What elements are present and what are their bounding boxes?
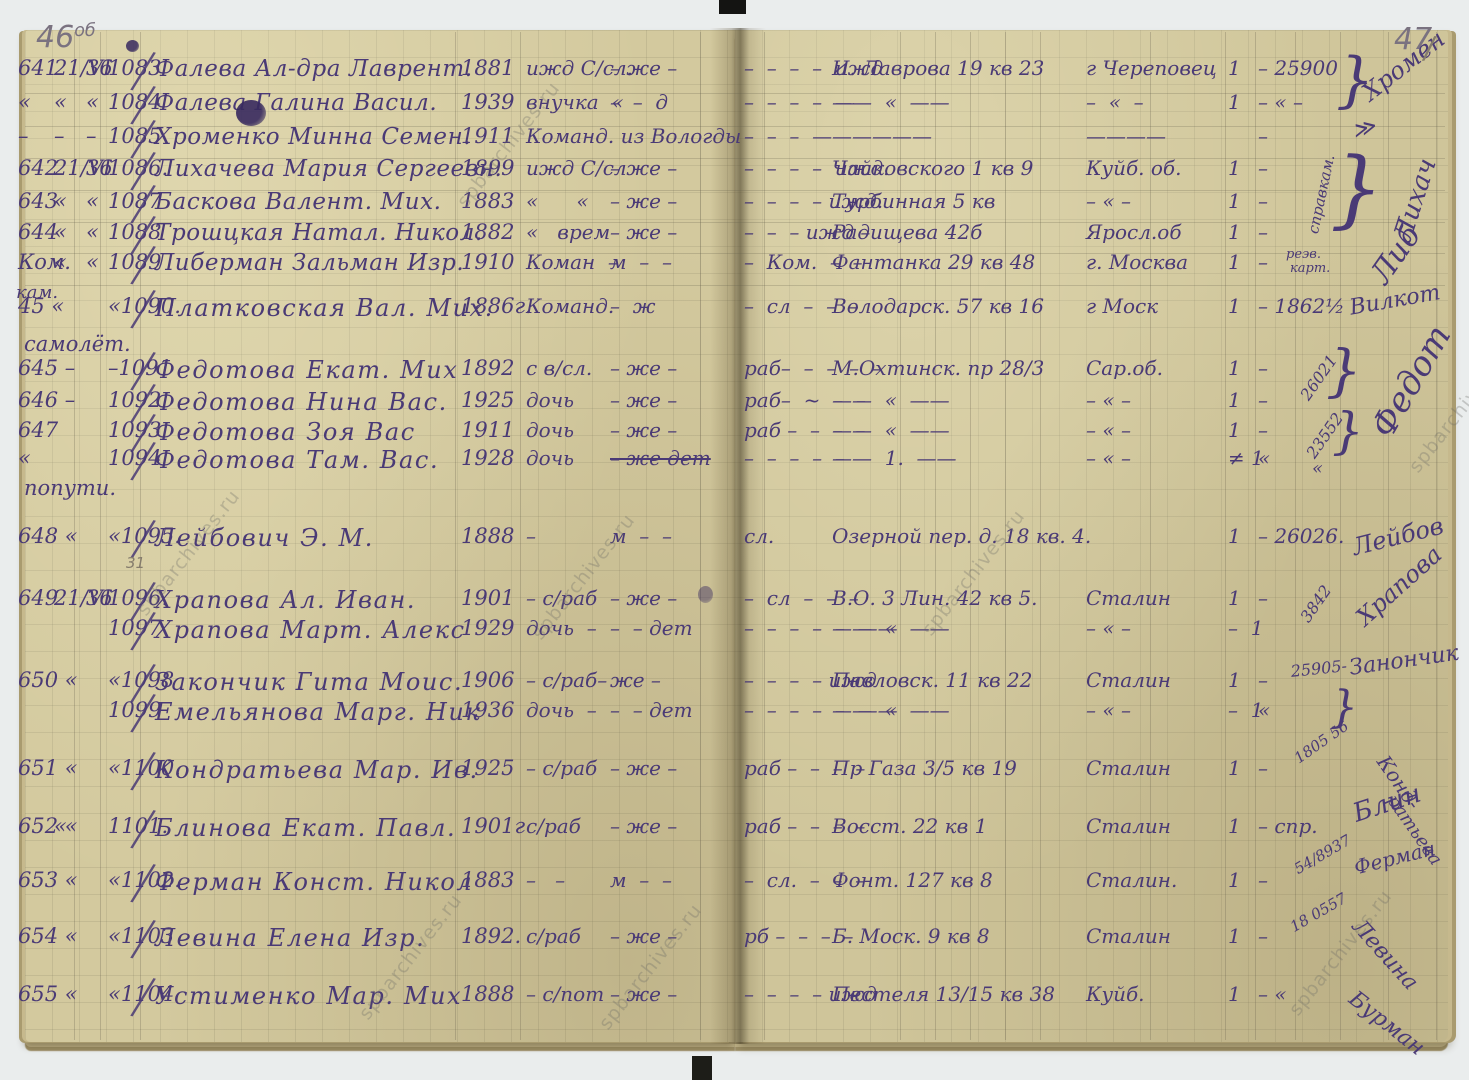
column-rule <box>520 32 521 1040</box>
column-rule <box>1040 32 1041 1040</box>
column-rule <box>1225 32 1226 1040</box>
left-margin-note: кам. <box>16 284 58 302</box>
margin-note: } <box>1332 406 1364 456</box>
left-margin-note: попути. <box>24 478 116 499</box>
column-rule <box>935 32 936 1040</box>
row-rule <box>25 190 1445 191</box>
pencil-stroke: ∕ <box>1424 34 1434 64</box>
row-rule <box>25 93 1445 94</box>
left-margin-note: самолёт. <box>24 334 131 355</box>
ink-blot <box>698 586 713 603</box>
column-rule <box>1295 32 1296 1040</box>
ink-blot <box>126 40 139 52</box>
margin-note: реэв. <box>1286 248 1321 261</box>
margin-note: } <box>1330 146 1383 230</box>
row-rule <box>25 222 1445 223</box>
binding-tab-top <box>719 0 746 14</box>
column-rule <box>1005 32 1006 1040</box>
scanned-ledger-spread: 46об 47 ∕64121/VI361083Фалева Ал-дра Лав… <box>0 0 1469 1080</box>
row-rule <box>25 253 1445 254</box>
binding-tab-bottom <box>692 1056 712 1080</box>
margin-note: « <box>1312 460 1323 478</box>
column-rule <box>100 32 101 1040</box>
column-rule <box>455 32 456 1040</box>
column-rule <box>970 32 971 1040</box>
margin-note: } <box>1326 344 1362 400</box>
row-rule <box>25 285 1445 286</box>
row-rule <box>25 126 1445 127</box>
page-number-left: 46об <box>36 20 96 55</box>
column-rule <box>1255 32 1256 1040</box>
ink-blot <box>236 100 266 126</box>
column-rule <box>140 32 141 1040</box>
page-left <box>25 30 735 1042</box>
column-rule <box>900 32 901 1040</box>
page-number-left-value: 46 <box>36 20 74 55</box>
page-number-left-suffix: об <box>74 21 95 41</box>
column-rule <box>700 32 701 1040</box>
column-rule <box>764 32 765 1040</box>
margin-note: карт. <box>1290 262 1330 275</box>
pencil-note: 31 <box>126 556 145 571</box>
column-rule <box>74 32 75 1040</box>
row-rule <box>25 158 1445 159</box>
column-rule <box>1150 32 1151 1040</box>
